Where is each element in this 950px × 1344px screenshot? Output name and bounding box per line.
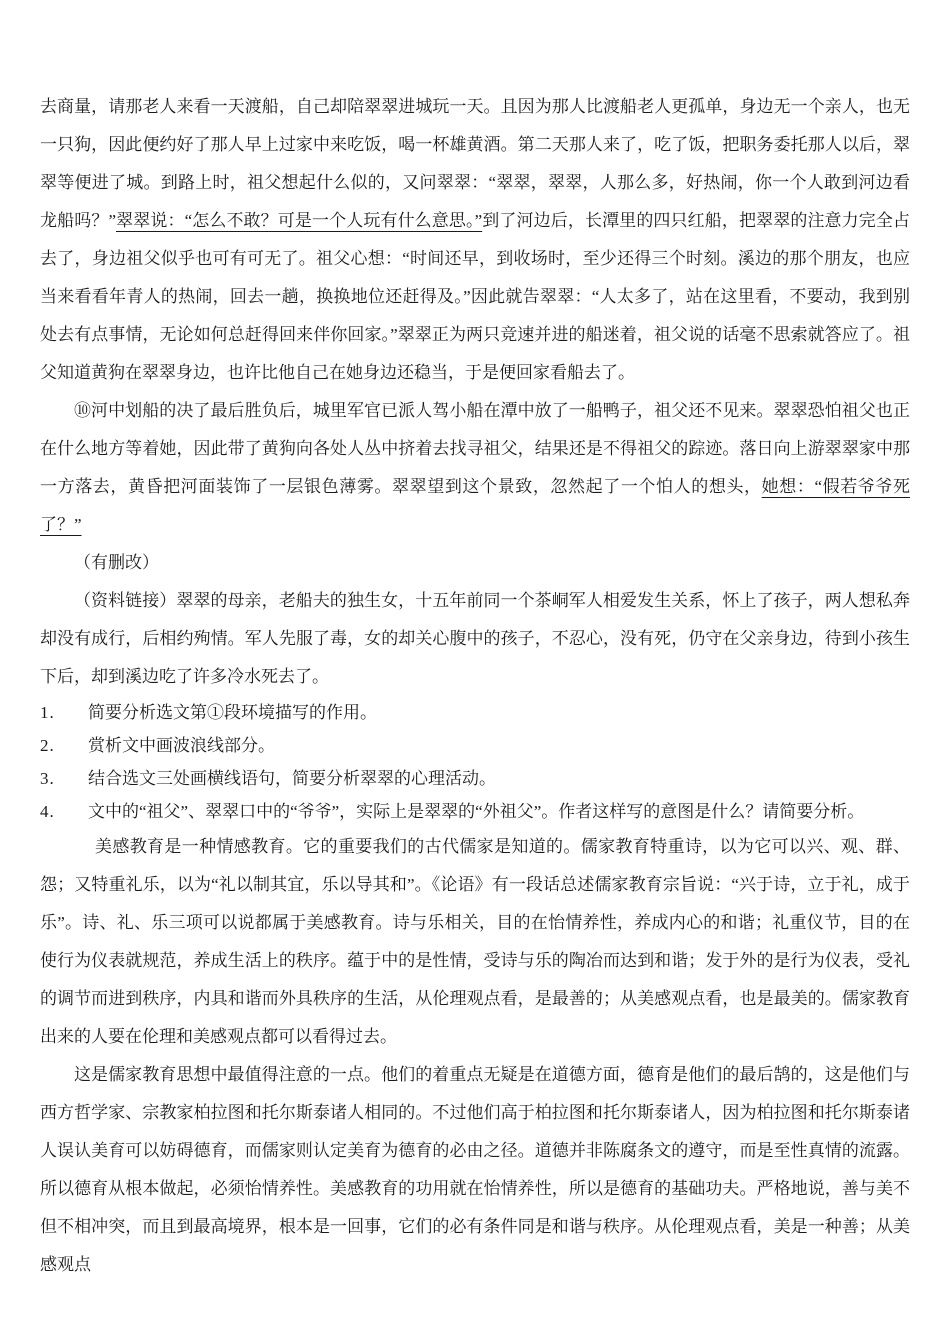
edit-note: （有删改） <box>40 544 910 582</box>
question-list: 1.简要分析选文第①段环境描写的作用。 2.赏析文中画波浪线部分。 3.结合选文… <box>40 696 910 828</box>
question-text: 赏析文中画波浪线部分。 <box>88 736 275 755</box>
question-item-1: 1.简要分析选文第①段环境描写的作用。 <box>40 696 910 729</box>
text-segment: 这是儒家教育思想中最值得注意的一点。他们的着重点无疑是在道德方面，德育是他们的最… <box>40 1065 910 1274</box>
passage-a-biancheng: 去商量，请那老人来看一天渡船，自己却陪翠翠进城玩一天。且因为那人比渡船老人更孤单… <box>40 88 910 696</box>
question-text: 结合选文三处画横线语句，简要分析翠翠的心理活动。 <box>88 769 496 788</box>
text-segment: 美感教育是一种情感教育。它的重要我们的古代儒家是知道的。儒家教育特重诗，以为它可… <box>40 837 910 1046</box>
material-link-paragraph: （资料链接）翠翠的母亲，老船夫的独生女，十五年前同一个茶峒军人相爱发生关系，怀上… <box>40 582 910 696</box>
question-number: 2. <box>40 729 88 762</box>
passage-b-meigan-jiaoyu: 美感教育是一种情感教育。它的重要我们的古代儒家是知道的。儒家教育特重诗，以为它可… <box>40 828 910 1284</box>
question-number: 3. <box>40 762 88 795</box>
passage-a-paragraph-10: ⑩河中划船的决了最后胜负后，城里军官已派人驾小船在潭中放了一船鸭子，祖父还不见来… <box>40 392 910 544</box>
document-page: 去商量，请那老人来看一天渡船，自己却陪翠翠进城玩一天。且因为那人比渡船老人更孤单… <box>0 0 950 1344</box>
text-segment: （有删改） <box>74 553 159 572</box>
question-item-2: 2.赏析文中画波浪线部分。 <box>40 729 910 762</box>
question-item-4: 4.文中的“祖父”、翠翠口中的“爷爷”，实际上是翠翠的“外祖父”。作者这样写的意… <box>40 795 910 828</box>
text-segment: 到了河边后，长潭里的四只红船，把翠翠的注意力完全占去了，身边祖父似乎也可有可无了… <box>40 211 910 382</box>
passage-a-paragraph-1: 去商量，请那老人来看一天渡船，自己却陪翠翠进城玩一天。且因为那人比渡船老人更孤单… <box>40 88 910 392</box>
question-text: 文中的“祖父”、翠翠口中的“爷爷”，实际上是翠翠的“外祖父”。作者这样写的意图是… <box>88 802 864 821</box>
text-segment: （资料链接）翠翠的母亲，老船夫的独生女，十五年前同一个茶峒军人相爱发生关系，怀上… <box>40 591 910 686</box>
question-item-3: 3.结合选文三处画横线语句，简要分析翠翠的心理活动。 <box>40 762 910 795</box>
underlined-sentence-1: 翠翠说：“怎么不敢？可是一个人玩有什么意思。” <box>116 211 482 230</box>
passage-b-paragraph-1: 美感教育是一种情感教育。它的重要我们的古代儒家是知道的。儒家教育特重诗，以为它可… <box>40 828 910 1056</box>
question-text: 简要分析选文第①段环境描写的作用。 <box>88 703 377 722</box>
passage-b-paragraph-2: 这是儒家教育思想中最值得注意的一点。他们的着重点无疑是在道德方面，德育是他们的最… <box>40 1056 910 1284</box>
question-number: 4. <box>40 795 88 828</box>
question-number: 1. <box>40 696 88 729</box>
